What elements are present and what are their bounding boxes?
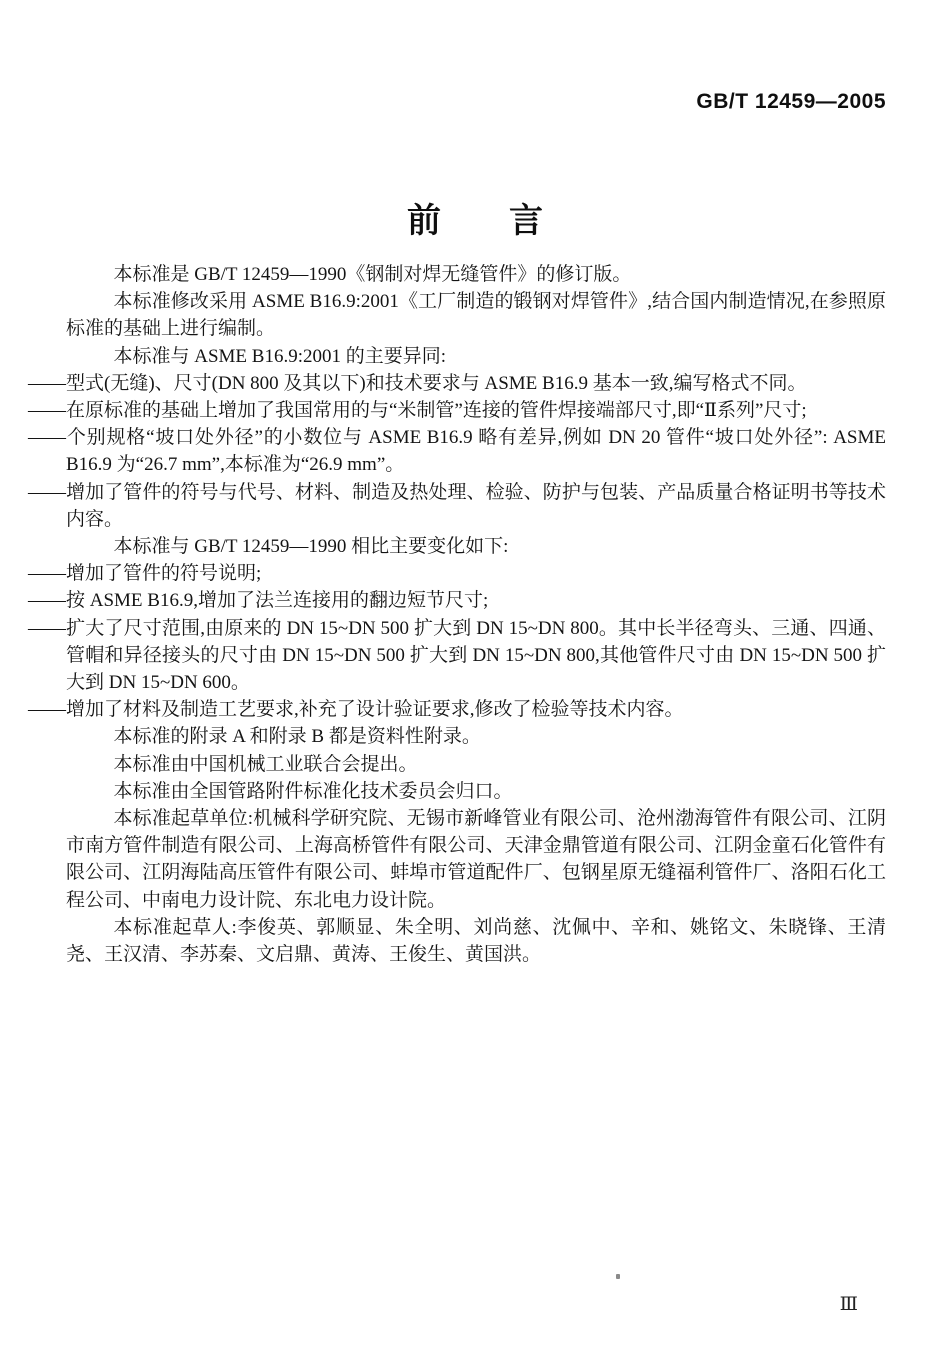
paragraph: 本标准起草人:李俊英、郭顺显、朱全明、刘尚慈、沈佩中、辛和、姚铭文、朱晓锋、王清… [66, 914, 886, 968]
standard-number: GB/T 12459—2005 [696, 90, 886, 114]
paragraph: ——增加了管件的符号说明; [66, 560, 886, 587]
paragraph: ——增加了管件的符号与代号、材料、制造及热处理、检验、防护与包装、产品质量合格证… [66, 479, 886, 533]
page-number: Ⅲ [840, 1293, 858, 1316]
paragraph: 本标准修改采用 ASME B16.9:2001《工厂制造的锻钢对焊管件》,结合国… [66, 288, 886, 342]
foreword-body: 本标准是 GB/T 12459—1990《钢制对焊无缝管件》的修订版。 本标准修… [66, 261, 886, 968]
paragraph: 本标准由全国管路附件标准化技术委员会归口。 [66, 778, 886, 805]
paragraph: 本标准由中国机械工业联合会提出。 [66, 751, 886, 778]
paragraph: 本标准的附录 A 和附录 B 都是资料性附录。 [66, 723, 886, 750]
paragraph: ——按 ASME B16.9,增加了法兰连接用的翻边短节尺寸; [66, 587, 886, 614]
paragraph: 本标准是 GB/T 12459—1990《钢制对焊无缝管件》的修订版。 [66, 261, 886, 288]
paragraph: ——个别规格“坡口处外径”的小数位与 ASME B16.9 略有差异,例如 DN… [66, 424, 886, 478]
page-title: 前 言 [0, 193, 950, 242]
paragraph: ——型式(无缝)、尺寸(DN 800 及其以下)和技术要求与 ASME B16.… [66, 370, 886, 397]
paragraph: ——在原标准的基础上增加了我国常用的与“米制管”连接的管件焊接端部尺寸,即“Ⅱ系… [66, 397, 886, 424]
paragraph: ——增加了材料及制造工艺要求,补充了设计验证要求,修改了检验等技术内容。 [66, 696, 886, 723]
paragraph: ——扩大了尺寸范围,由原来的 DN 15~DN 500 扩大到 DN 15~DN… [66, 615, 886, 697]
paragraph: 本标准与 ASME B16.9:2001 的主要异同: [66, 343, 886, 370]
paragraph: 本标准与 GB/T 12459—1990 相比主要变化如下: [66, 533, 886, 560]
paragraph: 本标准起草单位:机械科学研究院、无锡市新峰管业有限公司、沧州渤海管件有限公司、江… [66, 805, 886, 914]
document-page: GB/T 12459—2005 前 言 本标准是 GB/T 12459—1990… [0, 0, 950, 1368]
scan-artifact-dot [616, 1274, 620, 1279]
